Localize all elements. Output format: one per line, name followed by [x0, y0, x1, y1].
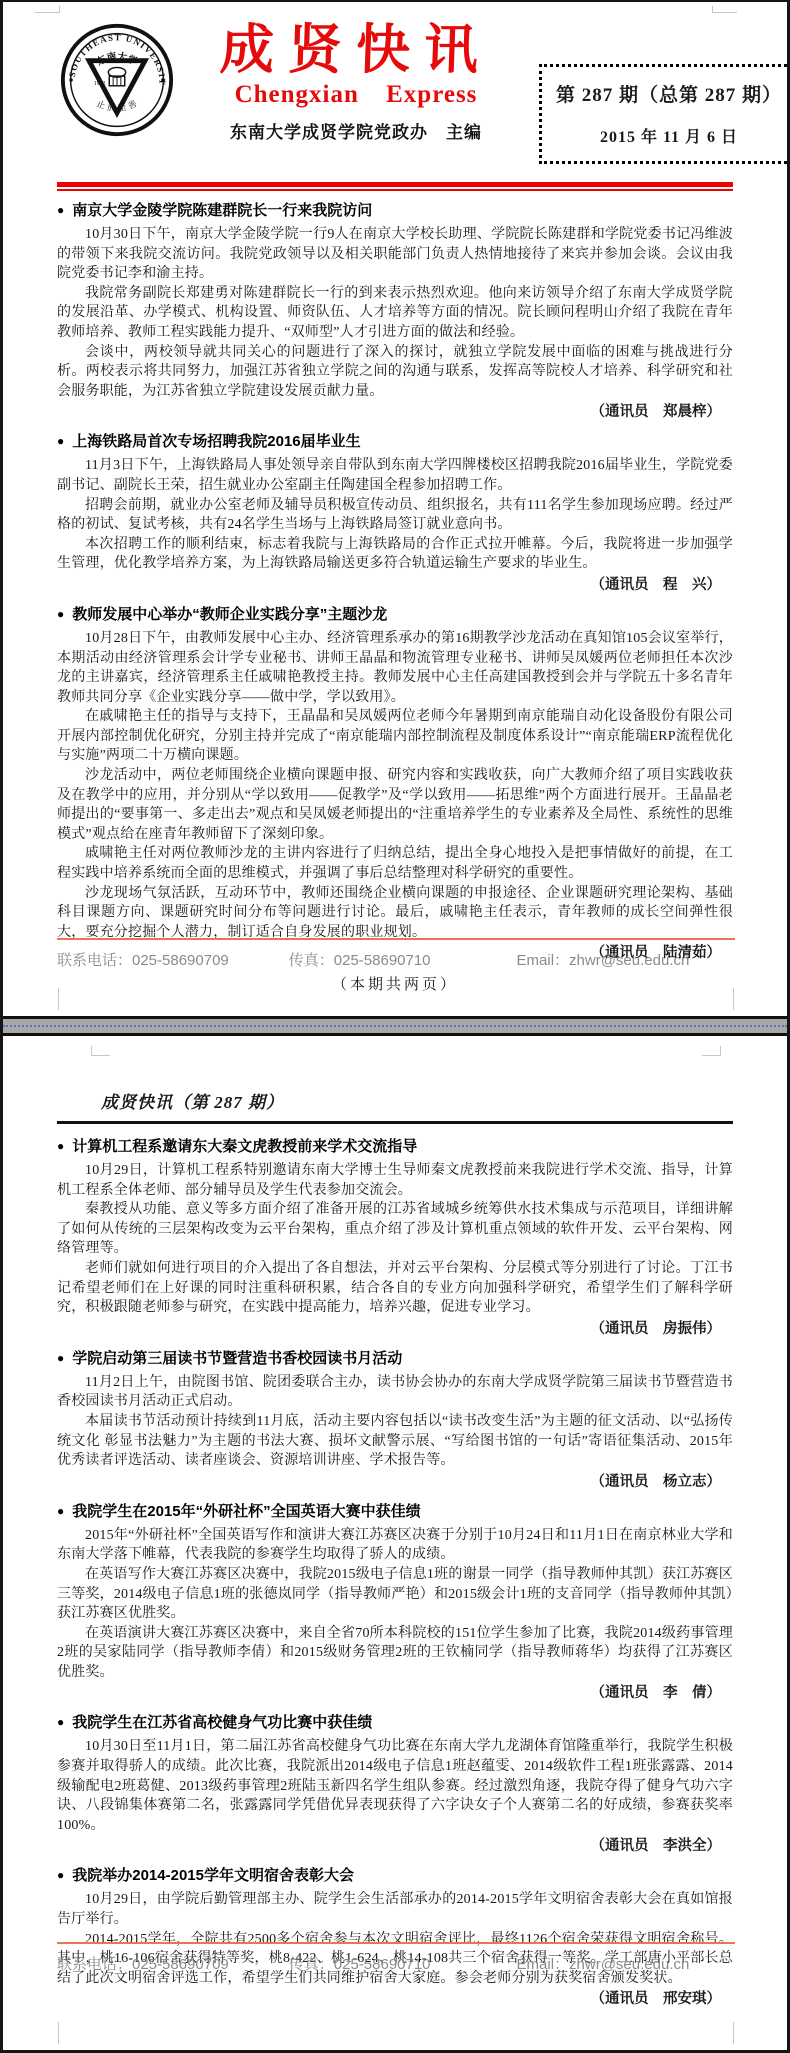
article-paragraph: 沙龙活动中，两位老师围绕企业横向课题申报、研究内容和实践收获，向广大教师介绍了项…: [57, 766, 733, 844]
footer-email: Email：zhwr@seu.edu.cn: [517, 949, 690, 970]
article-paragraph: 10月30日至11月1日，第二届江苏省高校健身气功比赛在东南大学九龙湖体育馆隆重…: [57, 1737, 733, 1835]
page-separator: [3, 1016, 787, 1036]
article: ●我院学生在江苏省高校健身气功比赛中获佳绩 10月30日至11月1日，第二届江苏…: [57, 1712, 733, 1856]
bullet-icon: ●: [57, 1139, 64, 1153]
article: ●我院学生在2015年“外研社杯”全国英语大赛中获佳绩 2015年“外研社杯”全…: [57, 1501, 733, 1704]
article-byline: （通讯员 李 倩）: [57, 1683, 733, 1703]
masthead: SOUTHEAST UNIVERSITY 东南大学 1902 止於至善: [57, 2, 733, 172]
page-1: SOUTHEAST UNIVERSITY 东南大学 1902 止於至善: [3, 2, 787, 1016]
newsletter-title-cn: 成贤快讯: [190, 22, 522, 79]
page1-footer: 联系电话：025-58690709 传真：025-58690710 Email：…: [57, 938, 735, 970]
issue-date: 2015 年 11 月 6 日: [548, 124, 787, 147]
issue-number: 第 287 期（总第 287 期）: [548, 80, 787, 107]
text-boundary-mark: [733, 988, 735, 1010]
footer-phone: 联系电话：025-58690709: [57, 949, 229, 970]
article-title: ●学院启动第三届读书节暨营造书香校园读书月活动: [57, 1348, 733, 1369]
bullet-icon: ●: [57, 1868, 64, 1882]
article-paragraph: 11月3日下午，上海铁路局人事处领导亲自带队到东南大学四牌楼校区招聘我院2016…: [57, 456, 733, 495]
article: ●南京大学金陵学院陈建群院长一行来我院访问 10月30日下午，南京大学金陵学院一…: [57, 200, 733, 422]
article-paragraph: 戚啸艳主任对两位教师沙龙的主讲内容进行了归纳总结，提出全身心地投入是把事情做好的…: [57, 844, 733, 883]
article-byline: （通讯员 郑晨梓）: [57, 402, 733, 422]
footer-fax: 传真：025-58690710: [289, 949, 431, 970]
article-paragraph: 10月30日下午，南京大学金陵学院一行9人在南京大学校长助理、学院院长陈建群和学…: [57, 225, 733, 284]
seu-logo: SOUTHEAST UNIVERSITY 东南大学 1902 止於至善: [59, 22, 175, 143]
article-byline: （通讯员 程 兴）: [57, 575, 733, 595]
text-boundary-mark: [58, 988, 60, 1010]
bullet-icon: ●: [57, 203, 64, 217]
pages-note: （本期共两页）: [57, 973, 733, 994]
article: ●学院启动第三届读书节暨营造书香校园读书月活动 11月2日上午，由院图书馆、院团…: [57, 1348, 733, 1492]
article-paragraph: 沙龙现场气氛活跃，互动环节中，教师还围绕企业横向课题的申报途径、企业课题研究理论…: [57, 884, 733, 943]
issue-box: 第 287 期（总第 287 期） 2015 年 11 月 6 日: [539, 64, 787, 164]
article-paragraph: 招聘会前期，就业办公室老师及辅导员积极宣传动员、组织报名，共有111名学生参加现…: [57, 496, 733, 535]
bullet-icon: ●: [57, 1351, 64, 1365]
article-title-text: 教师发展中心举办“教师企业实践分享”主题沙龙: [72, 606, 387, 623]
masthead-rule-thin: [57, 189, 733, 191]
article-title: ●上海铁路局首次专场招聘我院2016届毕业生: [57, 431, 733, 452]
article-paragraph: 2015年“外研社杯”全国英语写作和演讲大赛江苏赛区决赛于分别于10月24日和1…: [57, 1526, 733, 1565]
article-title-text: 计算机工程系邀请东大秦文虎教授前来学术交流指导: [72, 1138, 417, 1155]
article-title: ●我院学生在2015年“外研社杯”全国英语大赛中获佳绩: [57, 1501, 733, 1522]
bullet-icon: ●: [57, 1715, 64, 1729]
article-title: ●南京大学金陵学院陈建群院长一行来我院访问: [57, 200, 733, 221]
footer-email: Email：zhwr@seu.edu.cn: [517, 1953, 690, 1974]
bullet-icon: ●: [57, 434, 64, 448]
page2-header-rule: [57, 1121, 733, 1124]
article-byline: （通讯员 房振伟）: [57, 1319, 733, 1339]
article-byline: （通讯员 李洪全）: [57, 1836, 733, 1856]
masthead-titles: 成贤快讯 Chengxian Express 东南大学成贤学院党政办 主编: [191, 22, 521, 143]
text-boundary-mark: [58, 2022, 60, 2044]
page1-articles: ●南京大学金陵学院陈建群院长一行来我院访问 10月30日下午，南京大学金陵学院一…: [57, 200, 733, 963]
seu-seal-icon: SOUTHEAST UNIVERSITY 东南大学 1902 止於至善: [59, 22, 175, 138]
article-paragraph: 10月29日，由学院后勤管理部主办、院学生会生活部承办的2014-2015学年文…: [57, 1890, 733, 1929]
article-title-text: 上海铁路局首次专场招聘我院2016届毕业生: [72, 433, 360, 450]
page-2: 成贤快讯（第 287 期） ●计算机工程系邀请东大秦文虎教授前来学术交流指导 1…: [3, 1036, 787, 2050]
article-paragraph: 我院常务副院长郑建勇对陈建群院长一行的到来表示热烈欢迎。他向来访领导介绍了东南大…: [57, 284, 733, 343]
bullet-icon: ●: [57, 1504, 64, 1518]
svg-text:1902: 1902: [94, 81, 106, 87]
text-boundary-mark: [712, 6, 737, 13]
article: ●上海铁路局首次专场招聘我院2016届毕业生 11月3日下午，上海铁路局人事处领…: [57, 431, 733, 595]
article-title-text: 学院启动第三届读书节暨营造书香校园读书月活动: [72, 1350, 402, 1367]
bullet-icon: ●: [57, 607, 64, 621]
text-boundary-mark: [35, 6, 60, 13]
newsletter-title-en: Chengxian Express: [191, 81, 521, 109]
article-title: ●我院举办2014-2015学年文明宿舍表彰大会: [57, 1865, 733, 1886]
masthead-rule-thick: [57, 182, 733, 187]
article: ●我院举办2014-2015学年文明宿舍表彰大会 10月29日，由学院后勤管理部…: [57, 1865, 733, 2009]
text-boundary-mark: [91, 1046, 110, 1056]
article-title: ●我院学生在江苏省高校健身气功比赛中获佳绩: [57, 1712, 733, 1733]
article-title: ●教师发展中心举办“教师企业实践分享”主题沙龙: [57, 604, 733, 625]
article: ●教师发展中心举办“教师企业实践分享”主题沙龙 10月28日下午，由教师发展中心…: [57, 604, 733, 964]
page2-running-header: 成贤快讯（第 287 期）: [101, 1036, 733, 1113]
article-title-text: 我院学生在2015年“外研社杯”全国英语大赛中获佳绩: [72, 1503, 420, 1520]
publisher-line: 东南大学成贤学院党政办 主编: [191, 118, 521, 143]
newsletter-scan: SOUTHEAST UNIVERSITY 东南大学 1902 止於至善: [0, 0, 790, 2053]
article-title-text: 南京大学金陵学院陈建群院长一行来我院访问: [72, 202, 372, 219]
footer-fax: 传真：025-58690710: [289, 1953, 431, 1974]
article-paragraph: 10月29日，计算机工程系特别邀请东南大学博士生导师秦文虎教授前来我院进行学术交…: [57, 1161, 733, 1200]
article-paragraph: 11月2日上午，由院图书馆、院团委联合主办，读书协会协办的东南大学成贤学院第三届…: [57, 1373, 733, 1412]
article-title: ●计算机工程系邀请东大秦文虎教授前来学术交流指导: [57, 1136, 733, 1157]
article-paragraph: 在戚啸艳主任的指导与支持下，王晶晶和吴凤媛两位老师今年暑期到南京能瑞自动化设备股…: [57, 707, 733, 766]
article-paragraph: 秦教授从功能、意义等多方面介绍了准备开展的江苏省域城乡统筹供水技术集成与示范项目…: [57, 1200, 733, 1259]
page2-footer: 联系电话：025-58690709 传真：025-58690710 Email：…: [57, 1942, 735, 1974]
article-title-text: 我院学生在江苏省高校健身气功比赛中获佳绩: [72, 1714, 372, 1731]
article-byline: （通讯员 邢安琪）: [57, 1989, 733, 2009]
article-title-text: 我院举办2014-2015学年文明宿舍表彰大会: [72, 1867, 354, 1884]
article-paragraph: 本次招聘工作的顺利结束，标志着我院与上海铁路局的合作正式拉开帷幕。今后，我院将进…: [57, 535, 733, 574]
article-paragraph: 老师们就如何进行项目的介入提出了各自想法，并对云平台架构、分层模式等分别进行了讨…: [57, 1259, 733, 1318]
article-paragraph: 会谈中，两校领导就共同关心的问题进行了深入的探讨，就独立学院发展中面临的困难与挑…: [57, 343, 733, 402]
svg-text:止於至善: 止於至善: [95, 96, 141, 113]
footer-phone: 联系电话：025-58690709: [57, 1953, 229, 1974]
page2-articles: ●计算机工程系邀请东大秦文虎教授前来学术交流指导 10月29日，计算机工程系特别…: [57, 1136, 733, 2009]
text-boundary-mark: [702, 1046, 721, 1056]
article-byline: （通讯员 杨立志）: [57, 1472, 733, 1492]
article: ●计算机工程系邀请东大秦文虎教授前来学术交流指导 10月29日，计算机工程系特别…: [57, 1136, 733, 1339]
article-paragraph: 在英语写作大赛江苏赛区决赛中，我院2015级电子信息1班的谢景一同学（指导教师仲…: [57, 1565, 733, 1624]
article-paragraph: 在英语演讲大赛江苏赛区决赛中，来自全省70所本科院校的151位学生参加了比赛，我…: [57, 1624, 733, 1683]
article-paragraph: 10月28日下午，由教师发展中心主办、经济管理系承办的第16期教学沙龙活动在真知…: [57, 629, 733, 707]
text-boundary-mark: [733, 2022, 735, 2044]
article-paragraph: 本届读书节活动预计持续到11月底，活动主要内容包括以“读书改变生活”为主题的征文…: [57, 1412, 733, 1471]
